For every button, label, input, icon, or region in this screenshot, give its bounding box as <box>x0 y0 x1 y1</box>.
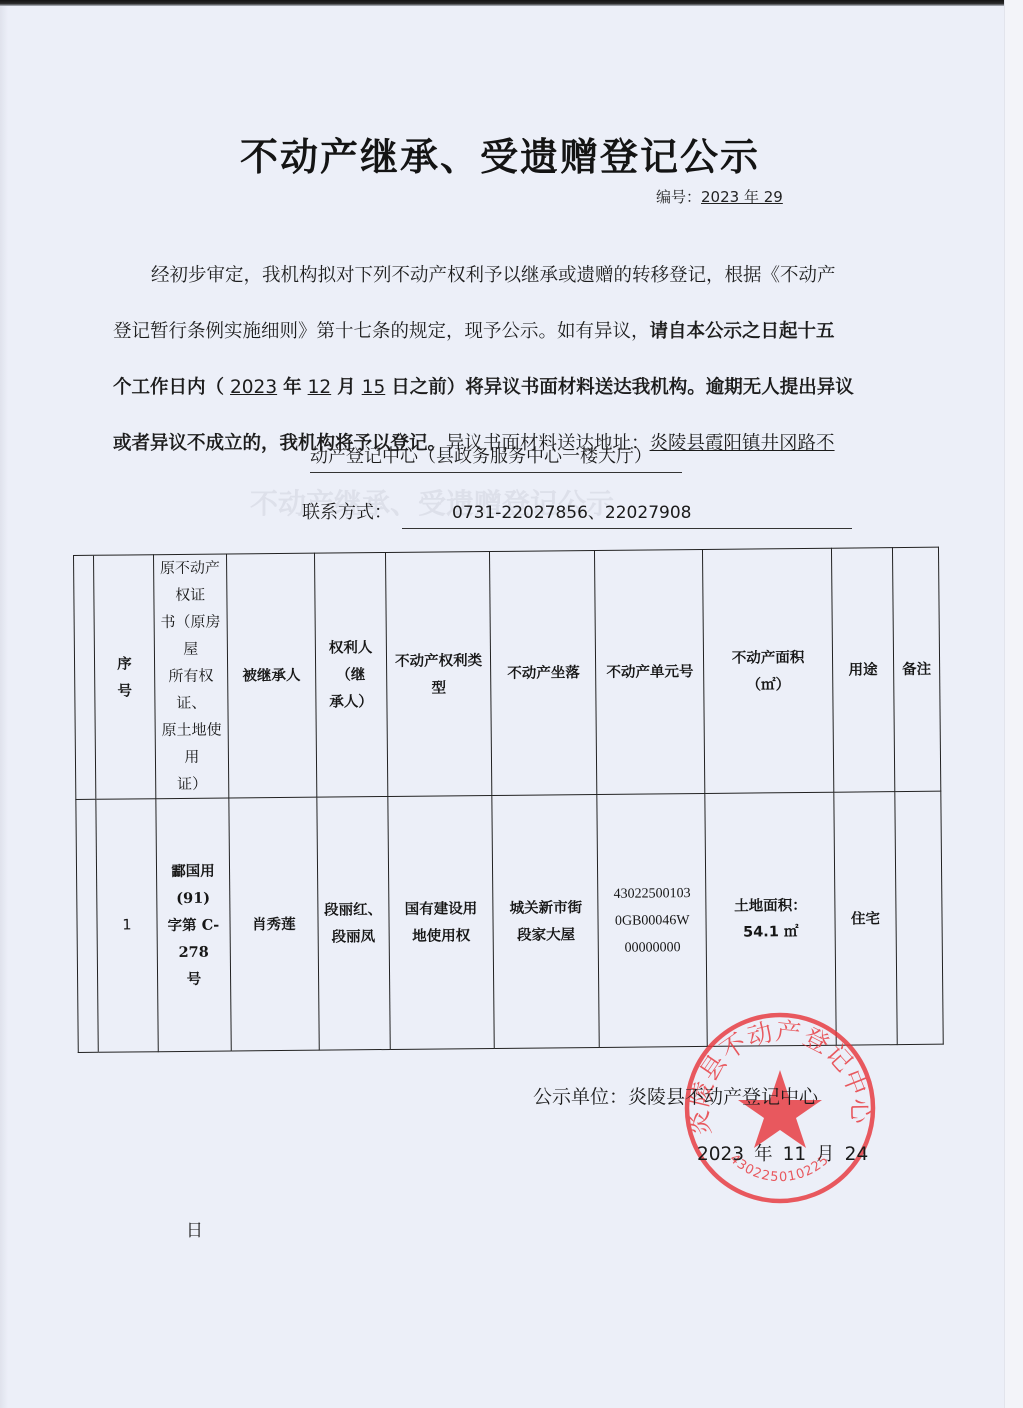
contact-label: 联系方式： <box>302 502 392 523</box>
document-number-value: 2023 年 29 <box>701 188 783 206</box>
cell-line: 备注 <box>896 656 937 683</box>
cell-remark <box>895 791 943 1044</box>
paragraph-line-1: 经初步审定，我机构拟对下列不动产权利予以继承或遗赠的转移登记，根据《不动产 <box>113 248 913 304</box>
cell-line: 段丽凤 <box>320 923 386 951</box>
area-label: 土地面积： <box>708 892 832 920</box>
paragraph-line-2: 登记暂行条例实施细则》第十七条的规定，现予公示。如有异议，请自本公示之日起十五 <box>113 304 913 360</box>
cell-line: 用途 <box>835 656 891 684</box>
cell-line: 段丽红、 <box>320 896 386 924</box>
registration-table: 序号 原不动产权证书（原房屋所有权证、原土地使用证） 被继承人 权利人（继承人）… <box>73 547 944 1053</box>
cell-line: 不动产权利类 <box>389 647 489 675</box>
cell-line: 0GB00046W <box>601 906 704 934</box>
cell-line: 43022500103 <box>600 879 703 907</box>
header-original-certificate: 原不动产权证书（原房屋所有权证、原土地使用证） <box>153 554 228 799</box>
cell-location: 城关新市街段家大屋 <box>492 794 599 1048</box>
notice-paragraph: 经初步审定，我机构拟对下列不动产权利予以继承或遗赠的转移登记，根据《不动产 登记… <box>113 248 913 472</box>
cell-right-type: 国有建设用地使用权 <box>387 795 494 1049</box>
publisher-label: 公示单位： <box>533 1086 628 1108</box>
cell-right-holder: 段丽红、段丽凤 <box>317 796 390 1050</box>
publish-day-unit: 日 <box>186 1216 203 1241</box>
cell-line: 不动产单元号 <box>598 658 701 686</box>
header-right-type: 不动产权利类型 <box>385 551 492 796</box>
table-margin-cell <box>76 799 98 1052</box>
table-margin-cell <box>74 555 96 799</box>
paragraph-bold-text: 请自本公示之日起十五 <box>650 321 835 342</box>
cell-line: 号 <box>160 965 228 993</box>
cell-seq: 1 <box>96 799 158 1053</box>
publish-year-unit: 年 <box>754 1144 773 1165</box>
cell-line: 不动产面积 <box>706 643 830 671</box>
publish-month-unit: 月 <box>816 1144 835 1165</box>
paragraph-line-3: 个工作日内（2023年12月15日之前）将异议书面材料送达我机构。逾期无人提出异… <box>113 360 913 416</box>
header-unit-number: 不动产单元号 <box>595 549 705 794</box>
cell-line: 城关新市街 <box>496 894 596 922</box>
cell-line: 型 <box>389 674 489 702</box>
area-value: 54.1 ㎡ <box>709 919 833 947</box>
cell-line: 序 <box>97 650 152 678</box>
scan-edge-right <box>1004 0 1023 1408</box>
paragraph-bold-text: 日之前）将异议书面材料送达我机构。逾期无人提出异议 <box>391 377 854 398</box>
cell-line: 00000000 <box>601 933 704 961</box>
registration-table-container: 序号 原不动产权证书（原房屋所有权证、原土地使用证） 被继承人 权利人（继承人）… <box>73 547 944 1053</box>
deadline-month: 12 <box>302 377 338 398</box>
cell-line: 酃国用(91) <box>159 857 227 912</box>
cell-decedent: 肖秀莲 <box>229 797 319 1051</box>
paragraph-text: 登记暂行条例实施细则》第十七条的规定，现予公示。如有异议， <box>113 321 650 342</box>
document-number-label: 编号： <box>656 188 701 206</box>
header-decedent: 被继承人 <box>226 553 316 798</box>
publish-day: 24 <box>845 1144 869 1165</box>
scan-edge-left <box>0 0 8 1408</box>
deadline-year-unit: 年 <box>283 377 302 398</box>
cell-line: （㎡） <box>706 670 830 698</box>
deadline-month-unit: 月 <box>337 377 356 398</box>
publish-date: 2023年11月24 <box>697 1140 868 1166</box>
header-area: 不动产面积（㎡） <box>703 548 834 793</box>
cell-line: 被继承人 <box>230 662 313 690</box>
cell-line: 证） <box>158 771 226 799</box>
header-usage: 用途 <box>832 548 895 793</box>
address-value-part2: 动产登记中心（县政务服务中心一楼大厅） <box>310 442 682 473</box>
publisher-name: 炎陵县不动产登记中心 <box>628 1086 818 1108</box>
cell-line: 承人） <box>318 688 384 716</box>
cell-line: 号 <box>97 677 152 705</box>
cell-line: 不动产坐落 <box>494 659 594 687</box>
table-header-row: 序号 原不动产权证书（原房屋所有权证、原土地使用证） 被继承人 权利人（继承人）… <box>74 547 941 799</box>
cell-line: 国有建设用 <box>391 895 491 923</box>
cell-line: 原土地使用 <box>157 717 225 772</box>
cell-line: 字第 C-278 <box>159 911 227 966</box>
paragraph-bold-text: 个工作日内（ <box>113 377 224 398</box>
publisher: 公示单位：炎陵县不动产登记中心 <box>533 1082 818 1109</box>
contact-phone: 0731-22027856、22027908 <box>402 498 852 529</box>
cell-original-certificate: 酃国用(91)字第 C-278号 <box>156 798 231 1052</box>
publish-month: 11 <box>783 1144 807 1165</box>
cell-line: 所有权证、 <box>157 663 225 718</box>
publish-year: 2023 <box>697 1144 744 1165</box>
cell-line: 地使用权 <box>391 922 491 950</box>
cell-line: 书（原房屋 <box>156 609 224 664</box>
deadline-year: 2023 <box>224 377 283 398</box>
header-right-holder: 权利人（继承人） <box>314 553 387 798</box>
cell-line: 原不动产权证 <box>156 555 224 610</box>
header-location: 不动产坐落 <box>490 550 597 795</box>
cell-line: 权利人（继 <box>317 634 383 689</box>
contact-info: 联系方式：0731-22027856、22027908 <box>302 498 852 529</box>
document-number: 编号：2023 年 29 <box>656 186 783 207</box>
deadline-day: 15 <box>356 377 392 398</box>
header-seq: 序号 <box>93 555 155 800</box>
page-title: 不动产继承、受遗赠登记公示 <box>240 126 780 181</box>
scan-edge-top <box>0 0 1023 6</box>
cell-line: 段家大屋 <box>496 921 596 949</box>
header-remark: 备注 <box>892 547 940 791</box>
